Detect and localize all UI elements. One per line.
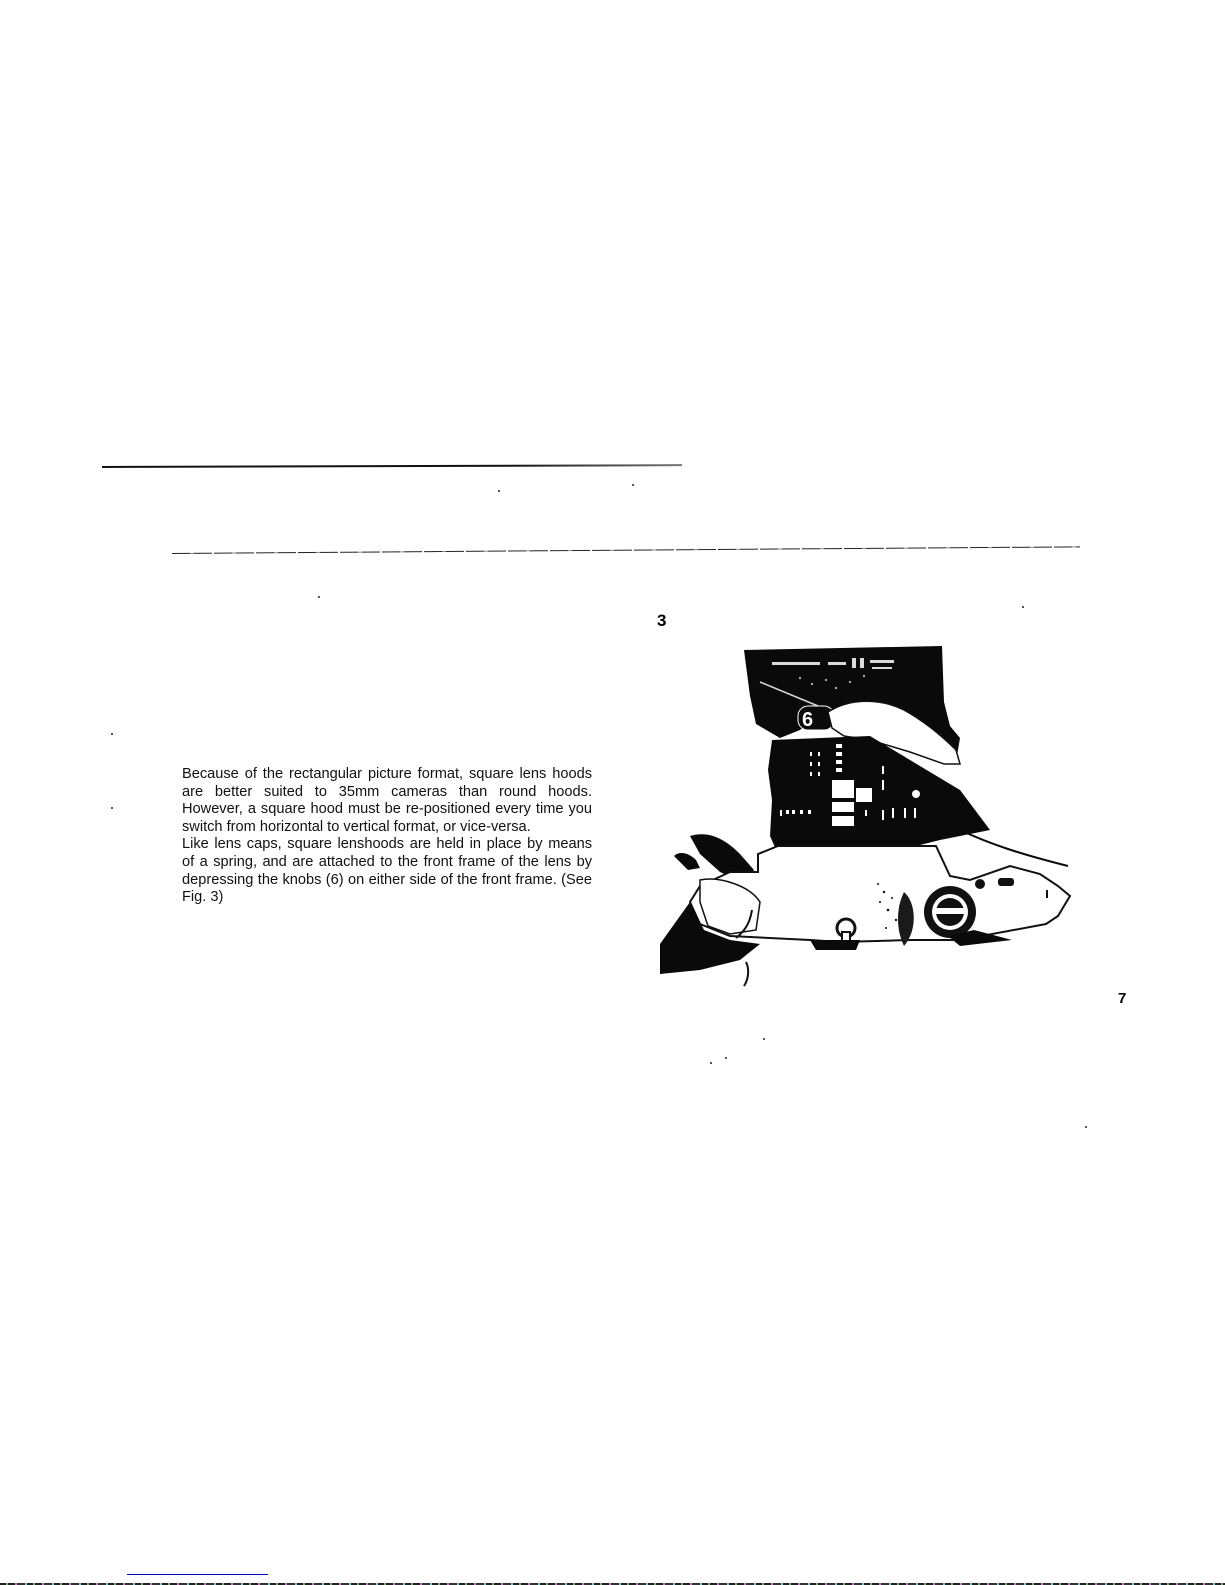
scan-speck	[710, 1062, 712, 1064]
scan-speck	[1085, 1126, 1087, 1128]
scan-speck	[111, 807, 113, 809]
scan-speck	[763, 1038, 765, 1040]
figure-label: 3	[657, 611, 666, 631]
scan-speck	[725, 1057, 727, 1059]
scan-speck	[1022, 606, 1024, 608]
body-text: Because of the rectangular picture forma…	[182, 766, 592, 907]
knob-callout: 6	[802, 709, 813, 731]
scan-speck	[632, 484, 634, 486]
paragraph-lens-hood-attachment: Like lens caps, square lenshoods are hel…	[182, 836, 592, 906]
scan-speck	[498, 490, 500, 492]
scan-speck	[318, 596, 320, 598]
page-number: 7	[1118, 990, 1126, 1007]
link-underline	[127, 1574, 268, 1575]
camera-lens-hood-photo: 6	[660, 640, 1090, 990]
top-horizontal-rule	[102, 464, 682, 468]
section-horizontal-rule	[172, 546, 1080, 554]
paragraph-lens-hood-format: Because of the rectangular picture forma…	[182, 766, 592, 836]
scan-speck	[111, 733, 113, 735]
